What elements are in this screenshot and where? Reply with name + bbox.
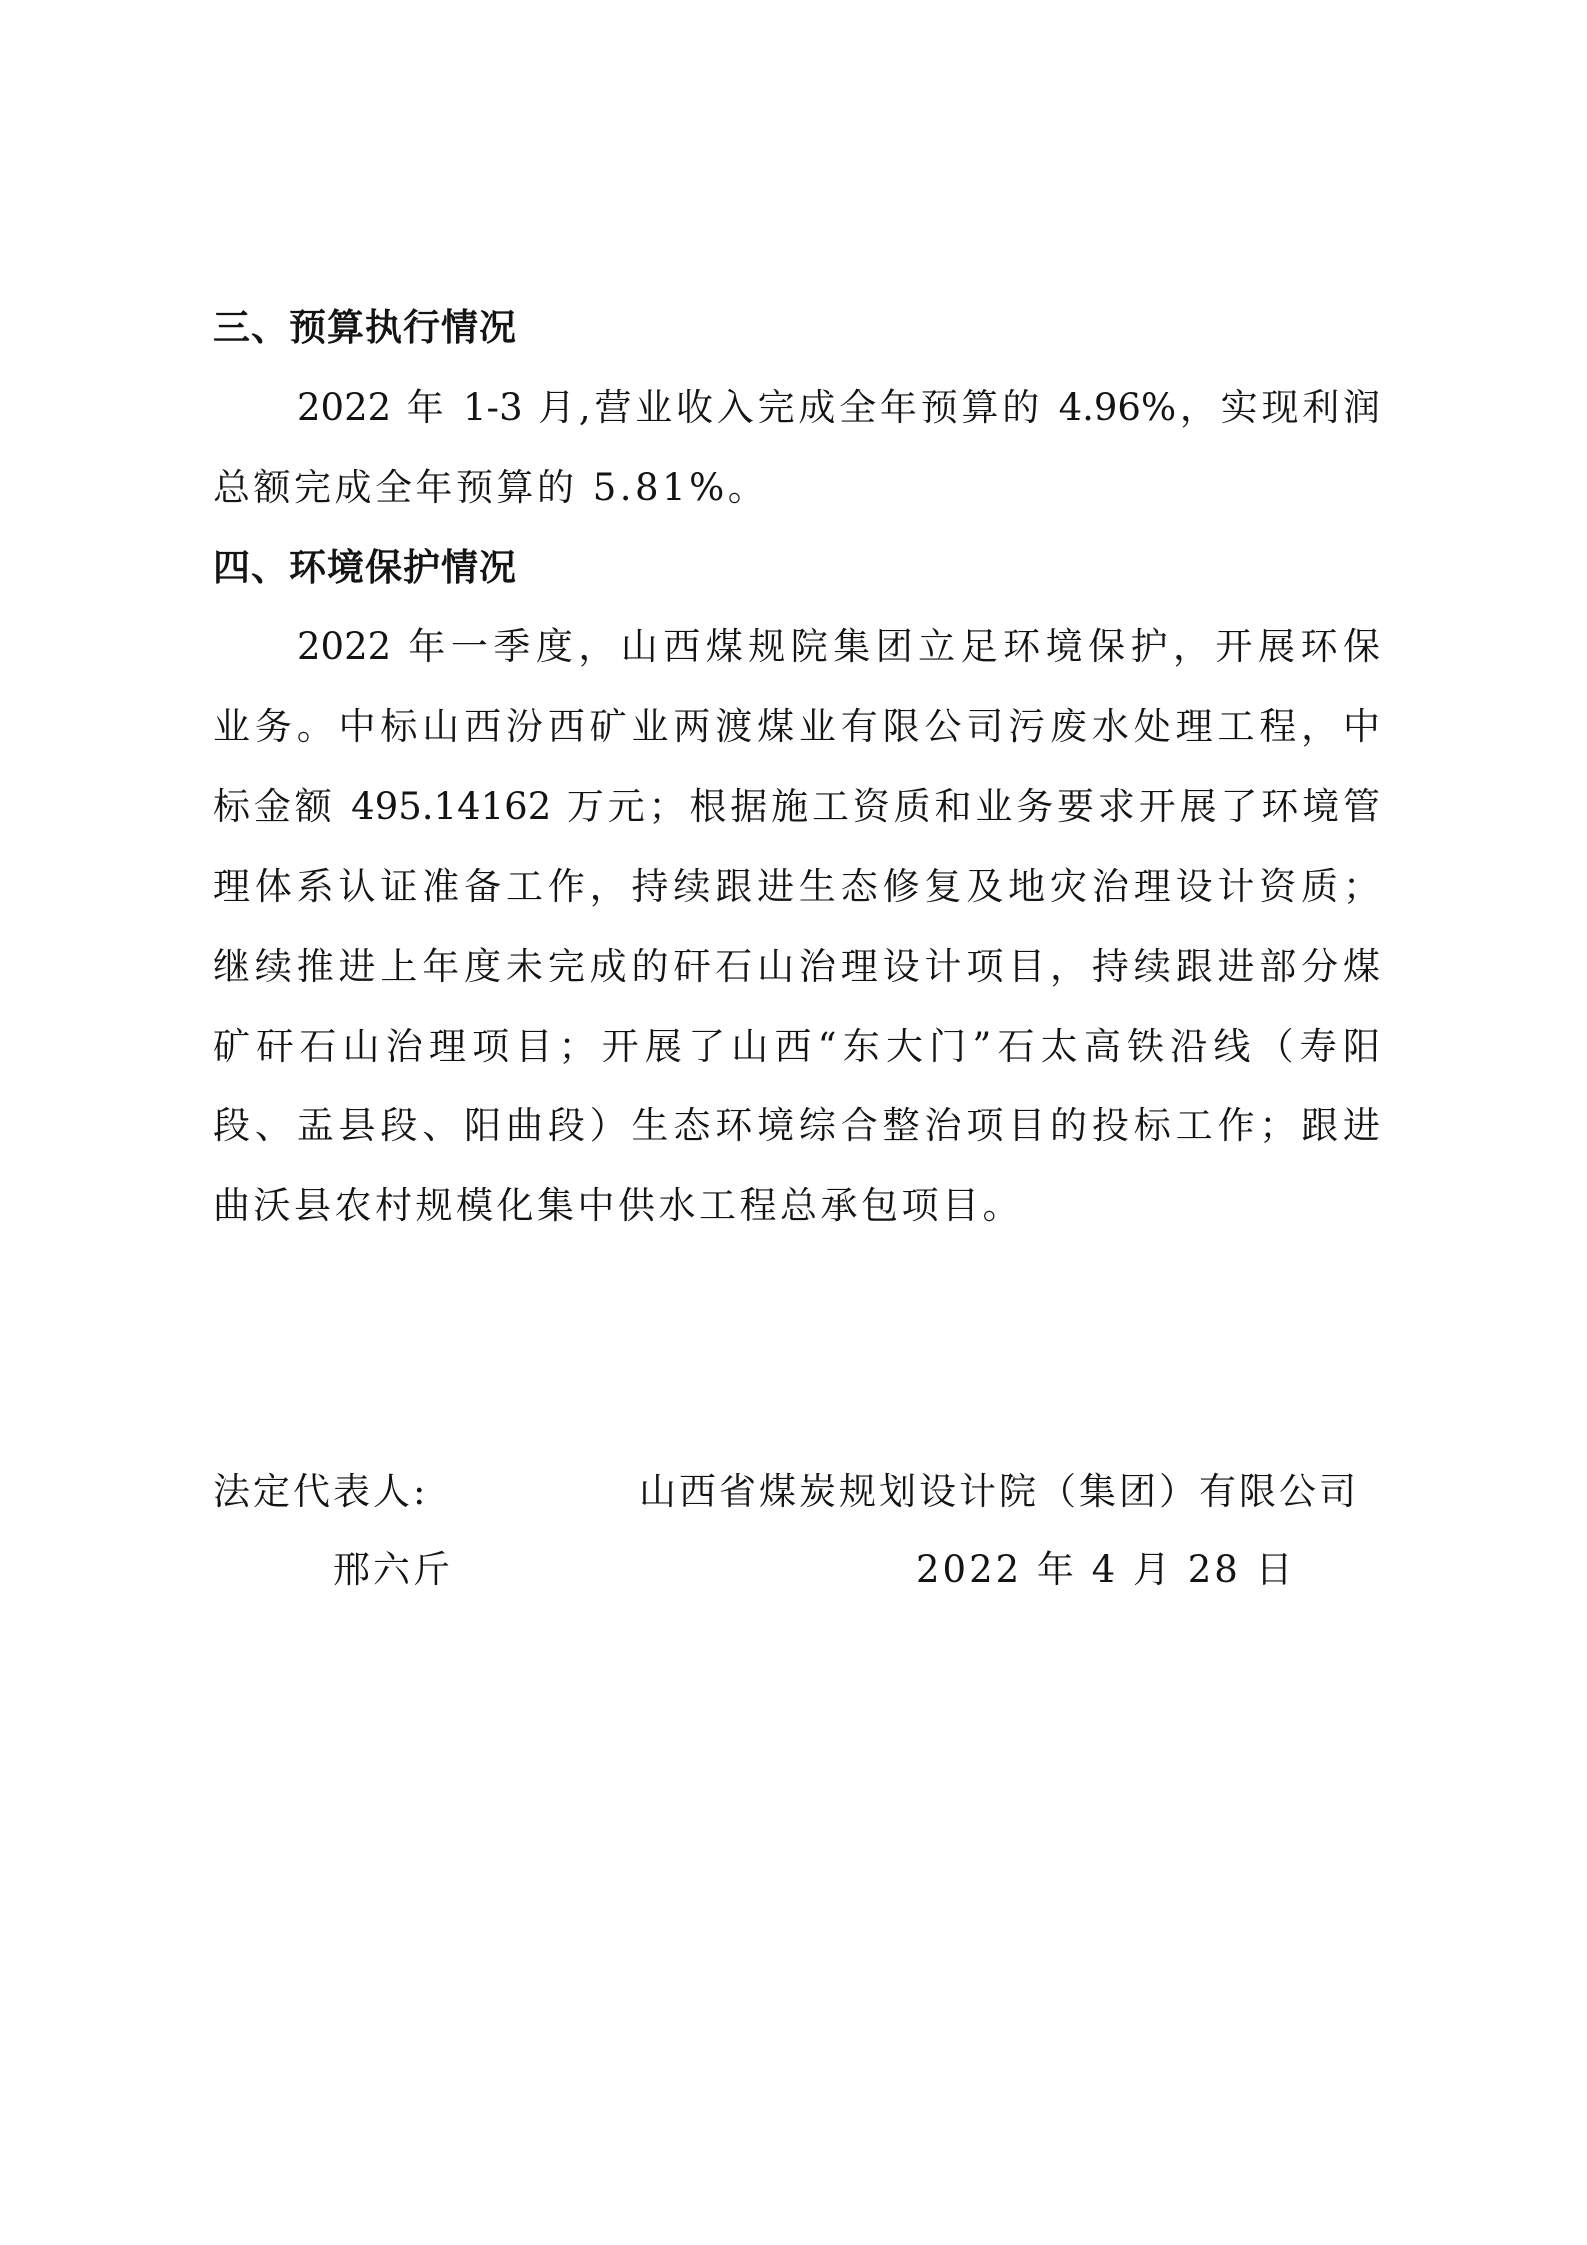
paragraph-line: 标金额 495.14162 万元；根据施工资质和业务要求开展了环境管 <box>213 782 1380 832</box>
paragraph-line: 段、盂县段、阳曲段）生态环境综合整治项目的投标工作；跟进 <box>213 1101 1380 1151</box>
signature-date: 2022 年 4 月 28 日 <box>916 1545 1296 1595</box>
paragraph-line: 2022 年 1-3 月,营业收入完成全年预算的 4.96%，实现利润 <box>297 383 1380 433</box>
section-heading-environment: 四、环境保护情况 <box>213 543 517 593</box>
company-name: 山西省煤炭规划设计院（集团）有限公司 <box>639 1467 1359 1517</box>
paragraph-line: 总额完成全年预算的 5.81%。 <box>213 463 768 513</box>
paragraph-line: 继续推进上年度未完成的矸石山治理设计项目，持续跟进部分煤 <box>213 942 1380 992</box>
paragraph-line: 曲沃县农村规模化集中供水工程总承包项目。 <box>213 1181 1023 1231</box>
legal-representative-name: 邢六斤 <box>333 1545 453 1595</box>
paragraph-line: 2022 年一季度，山西煤规院集团立足环境保护，开展环保 <box>297 622 1380 672</box>
section-heading-budget: 三、预算执行情况 <box>213 303 517 353</box>
paragraph-line: 矿矸石山治理项目；开展了山西“东大门”石太高铁沿线（寿阳 <box>213 1022 1380 1072</box>
paragraph-line: 业务。中标山西汾西矿业两渡煤业有限公司污废水处理工程，中 <box>213 702 1380 752</box>
paragraph-line: 理体系认证准备工作，持续跟进生态修复及地灾治理设计资质； <box>213 862 1380 912</box>
legal-representative-label: 法定代表人: <box>213 1467 428 1517</box>
